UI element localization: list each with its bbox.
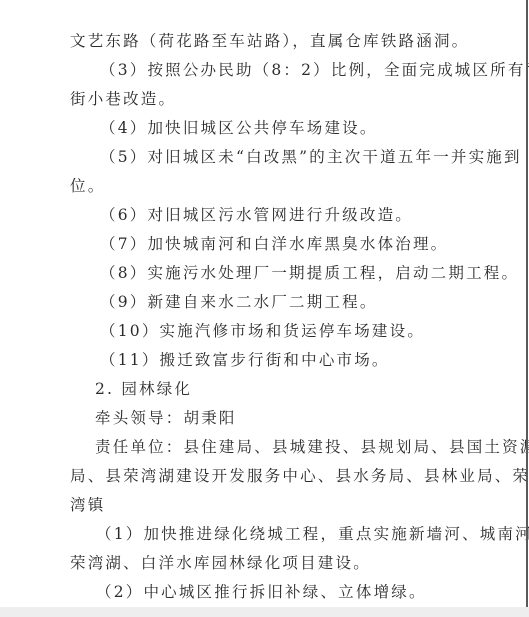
responsible-units: 责任单位：县住建局、县城建投、县规划局、县国土资源: [95, 437, 529, 457]
list-item-7: （7）加快城南河和白洋水库黑臭水体治理。: [100, 234, 448, 254]
list-item-5: （5）对旧城区未“白改黑”的主次干道五年一并实施到: [100, 147, 522, 167]
lead-official: 牵头领导：胡秉阳: [95, 408, 237, 428]
text-line: 湾镇: [70, 495, 105, 515]
text-line: 局、县荣湾湖建设开发服务中心、县水务局、县林业局、荣家: [70, 466, 529, 486]
text-line: 位。: [70, 176, 105, 196]
list-item-4: （4）加快旧城区公共停车场建设。: [100, 118, 378, 138]
page-edge: [526, 0, 528, 607]
text-line: 文艺东路（荷花路至车站路），直属仓库铁路涵洞。: [70, 31, 469, 51]
list-item-11: （11）搬迁致富步行街和中心市场。: [100, 350, 390, 370]
list-item-2: （2）中心城区推行拆旧补绿、立体增绿。: [96, 582, 427, 602]
section-heading: 2. 园林绿化: [95, 379, 192, 399]
text-line: 街小巷改造。: [70, 89, 176, 109]
list-item-9: （9）新建自来水二水厂二期工程。: [100, 292, 378, 312]
list-item-10: （10）实施汽修市场和货运停车场建设。: [100, 321, 425, 341]
list-item-1: （1）加快推进绿化绕城工程，重点实施新墙河、城南河、: [96, 524, 529, 544]
list-item-8: （8）实施污水处理厂一期提质工程，启动二期工程。: [100, 263, 519, 283]
list-item-3: （3）按照公办民助（8：2）比例，全面完成城区所有背: [100, 60, 529, 80]
list-item-6: （6）对旧城区污水管网进行升级改造。: [100, 205, 413, 225]
text-line: 荣湾湖、白洋水库园林绿化项目建设。: [70, 553, 371, 573]
page-gap: [0, 607, 529, 617]
document-page: 文艺东路（荷花路至车站路），直属仓库铁路涵洞。 （3）按照公办民助（8：2）比例…: [0, 0, 526, 607]
